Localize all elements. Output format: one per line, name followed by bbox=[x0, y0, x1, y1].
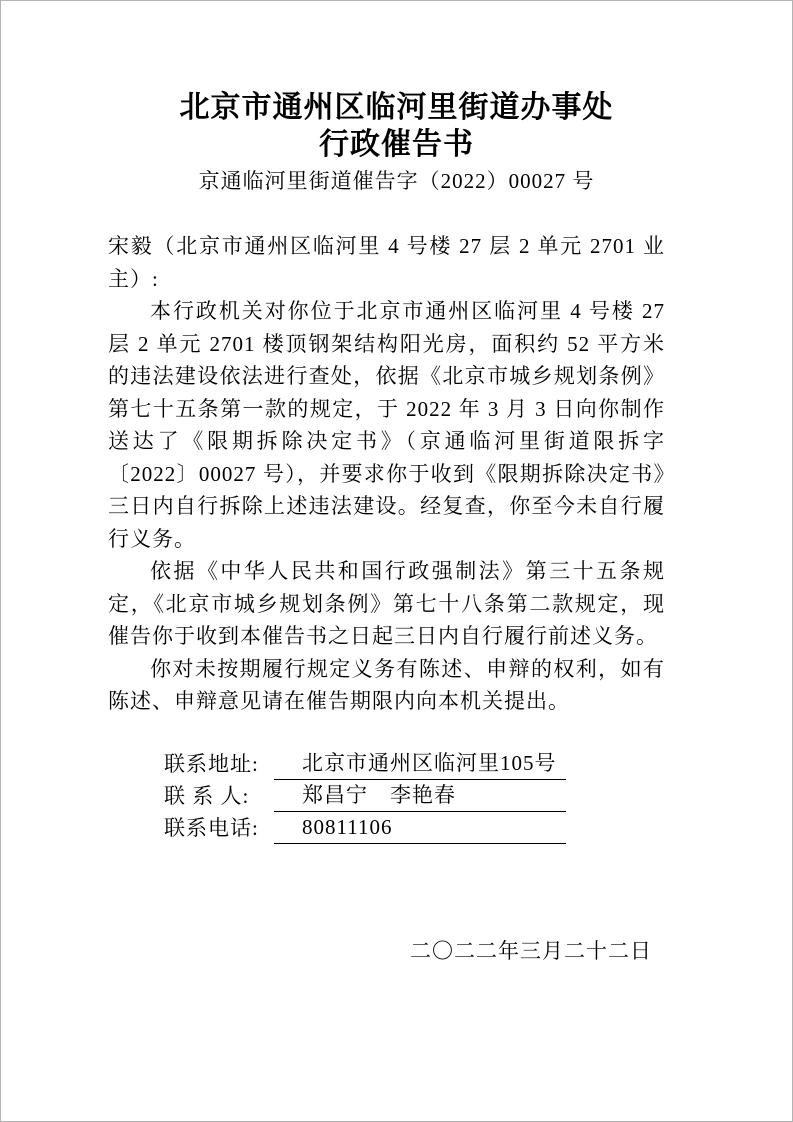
body-paragraph-3: 你对未按期履行规定义务有陈述、申辩的权利，如有陈述、申辩意见请在催告期限内向本机… bbox=[108, 653, 665, 718]
contact-row-phone: 联系电话: 80811106 bbox=[164, 812, 792, 844]
contact-phone-value: 80811106 bbox=[274, 812, 566, 844]
contact-row-address: 联系地址: 北京市通州区临河里105号 bbox=[164, 748, 792, 780]
document-body: 宋毅（北京市通州区临河里 4 号楼 27 层 2 单元 2701 业主）: 本行… bbox=[108, 230, 665, 718]
contact-person-value: 郑昌宁 李艳春 bbox=[274, 780, 566, 812]
document-number: 京通临河里街道催告字（2022）00027 号 bbox=[1, 170, 792, 193]
issue-date: 二〇二二年三月二十二日 bbox=[1, 940, 652, 962]
body-paragraph-1: 本行政机关对你位于北京市通州区临河里 4 号楼 27 层 2 单元 2701 楼… bbox=[108, 295, 665, 555]
contact-address-value: 北京市通州区临河里105号 bbox=[274, 748, 566, 780]
contact-address-label: 联系地址: bbox=[164, 748, 274, 780]
issuing-authority-name: 北京市通州区临河里街道办事处 bbox=[1, 89, 792, 126]
contact-row-person: 联 系 人: 郑昌宁 李艳春 bbox=[164, 780, 792, 812]
notice-document-page: 北京市通州区临河里街道办事处 行政催告书 京通临河里街道催告字（2022）000… bbox=[0, 0, 793, 1122]
contact-block: 联系地址: 北京市通州区临河里105号 联 系 人: 郑昌宁 李艳春 联系电话:… bbox=[164, 748, 792, 844]
contact-person-label: 联 系 人: bbox=[164, 780, 274, 812]
contact-phone-label: 联系电话: bbox=[164, 812, 274, 844]
body-paragraph-2: 依据《中华人民共和国行政强制法》第三十五条规定，《北京市城乡规划条例》第七十八条… bbox=[108, 555, 665, 653]
document-title: 北京市通州区临河里街道办事处 行政催告书 bbox=[1, 89, 792, 163]
recipient-salutation: 宋毅（北京市通州区临河里 4 号楼 27 层 2 单元 2701 业主）: bbox=[108, 230, 665, 295]
document-type-title: 行政催告书 bbox=[1, 126, 792, 163]
